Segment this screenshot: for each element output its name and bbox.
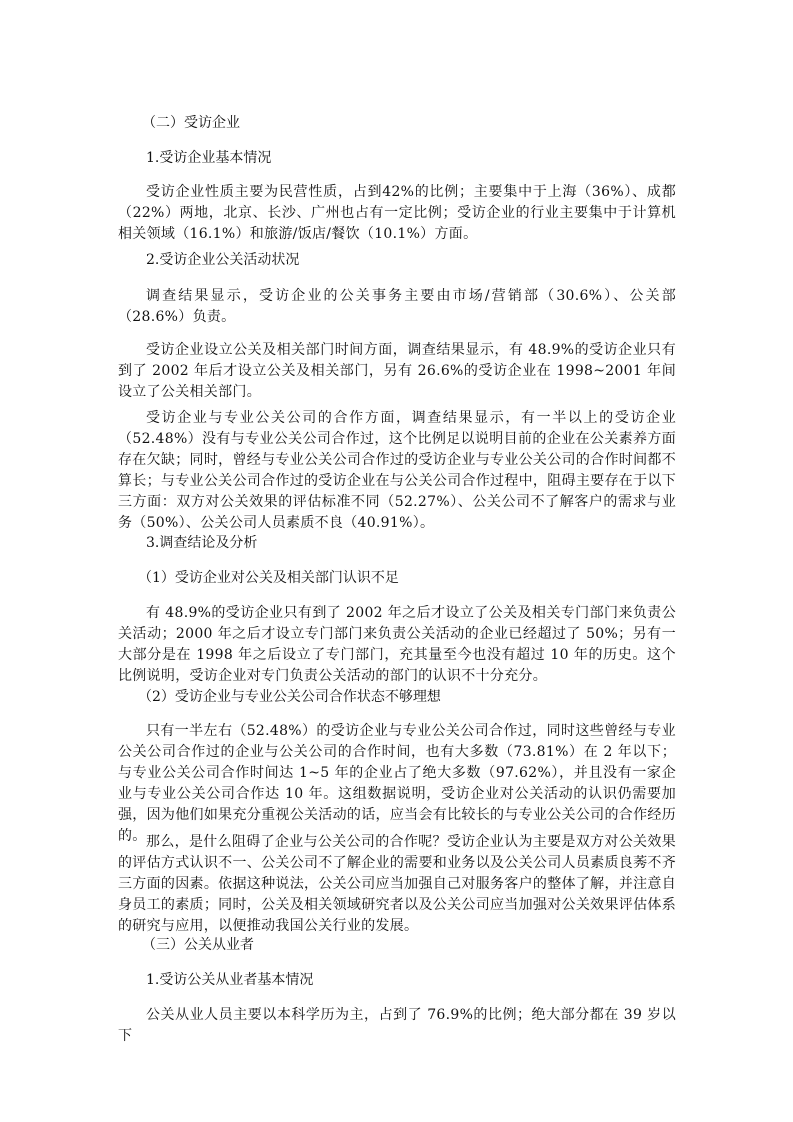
subsection-heading-practitioner-info: 1.受访公关从业者基本情况 [146, 970, 313, 991]
paragraph-department-setup-time: 受访企业设立公关及相关部门时间方面，调查结果显示，有 48.9%的受访企业只有到… [118, 340, 676, 403]
section-heading-enterprises: （二）受访企业 [142, 113, 240, 134]
heading-cooperation-not-ideal: （2）受访企业与专业公关公司合作状态不够理想 [138, 687, 441, 708]
subsection-heading-conclusions: 3.调查结论及分析 [146, 533, 257, 554]
paragraph-cooperation-analysis: 只有一半左右（52.48%）的受访企业与专业公关公司合作过，同时这些曾经与专业公… [118, 721, 676, 847]
paragraph-cooperation-obstacles: 那么，是什么阻碍了企业与公关公司的合作呢？受访企业认为主要是双方对公关效果的评估… [118, 832, 676, 937]
paragraph-pr-departments: 调查结果显示，受访企业的公关事务主要由市场/营销部（30.6%）、公关部（28.… [118, 286, 676, 328]
paragraph-enterprise-nature: 受访企业性质主要为民营性质，占到42%的比例；主要集中于上海（36%）、成都（2… [118, 182, 676, 245]
paragraph-practitioner-education: 公关从业人员主要以本科学历为主，占到了 76.9%的比例；绝大部分都在 39 岁… [118, 1005, 676, 1047]
subsection-heading-basic-info: 1.受访企业基本情况 [146, 148, 271, 169]
paragraph-agency-cooperation: 受访企业与专业公关公司的合作方面，调查结果显示，有一半以上的受访企业（52.48… [118, 408, 676, 534]
subsection-heading-pr-activities: 2.受访企业公关活动状况 [146, 250, 299, 271]
section-heading-practitioners: （三）公关从业者 [142, 935, 254, 956]
paragraph-awareness-analysis: 有 48.9%的受访企业只有到了 2002 年之后才设立了公关及相关专门部门来负… [118, 603, 676, 687]
heading-insufficient-awareness: （1）受访企业对公关及相关部门认识不足 [138, 568, 399, 589]
